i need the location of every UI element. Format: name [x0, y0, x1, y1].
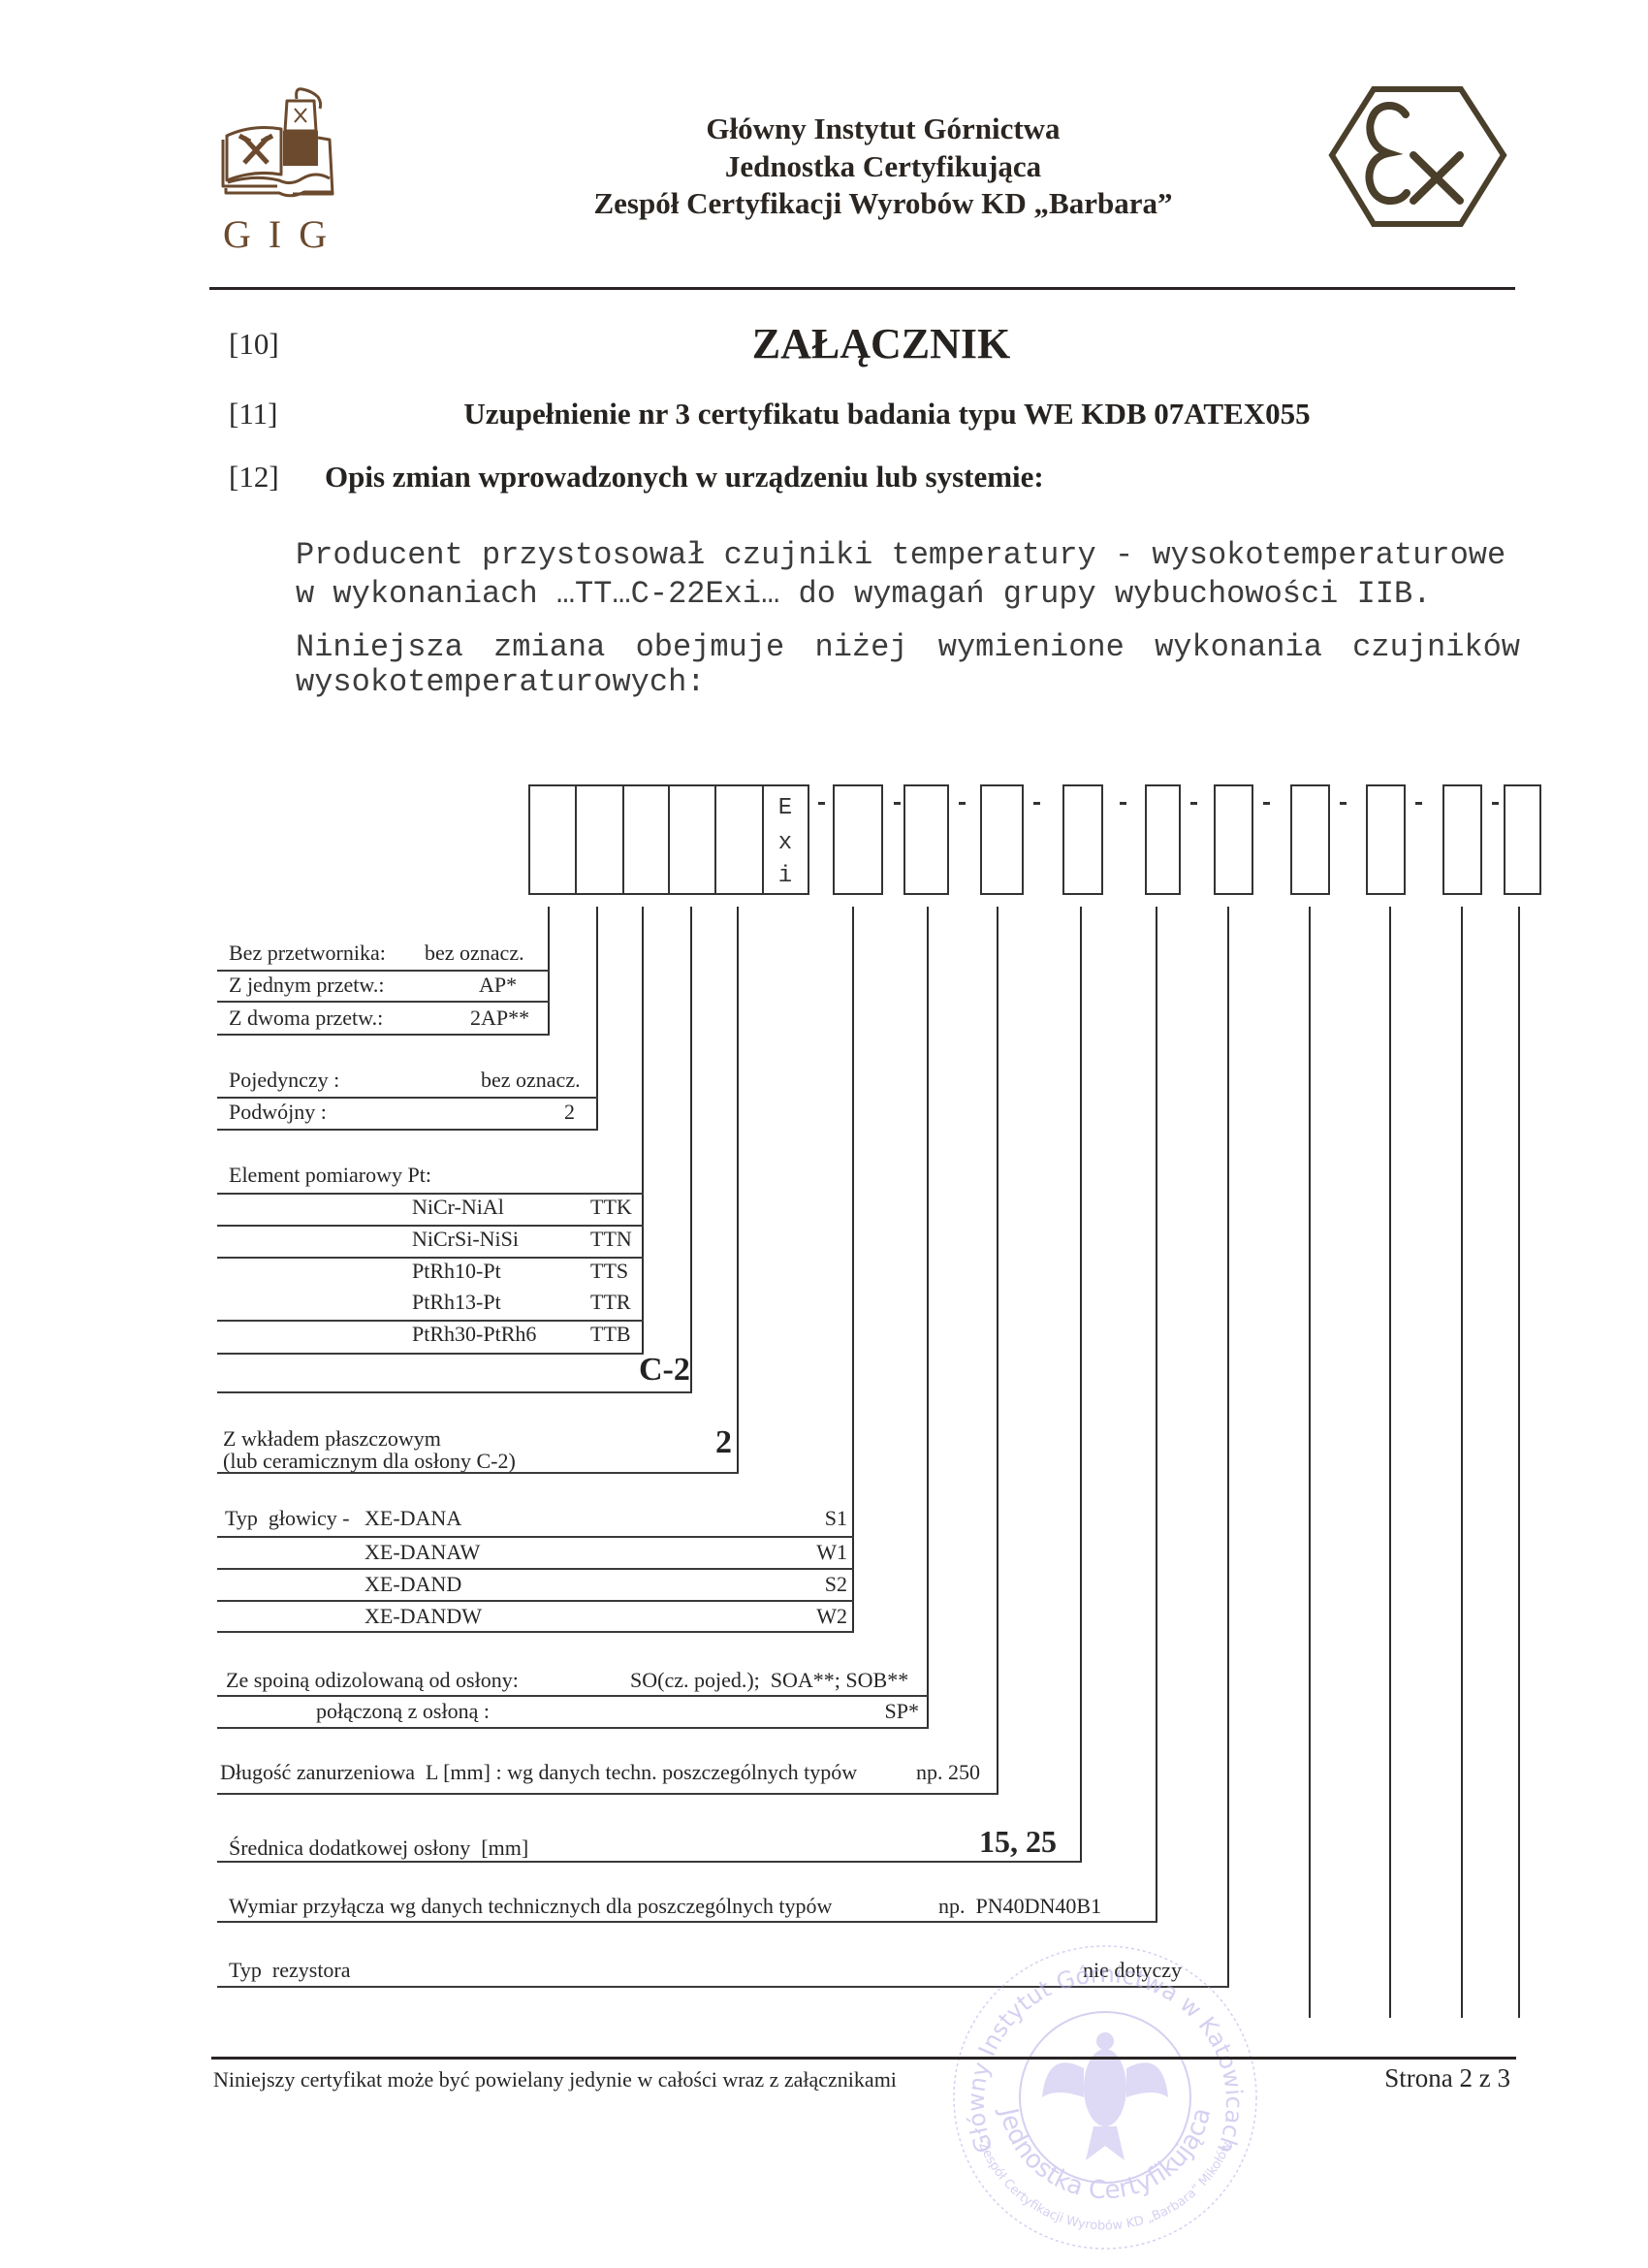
separator-dash: [1190, 802, 1197, 805]
leader-line: [1227, 907, 1229, 1988]
row-rule: [217, 1600, 854, 1602]
row-rule: [217, 1921, 1157, 1923]
separator-dash: [894, 802, 901, 805]
row-code: 2: [564, 1101, 575, 1124]
separator-dash: [818, 802, 825, 805]
row-rule: [217, 1793, 998, 1795]
insert-label: (lub ceramicznym dla osłony C-2): [223, 1450, 516, 1472]
insert-code: 2: [715, 1425, 732, 1460]
leader-line: [852, 907, 854, 1633]
leader-line: [1156, 907, 1157, 1923]
row-code: TTN: [590, 1228, 632, 1251]
row-code: TTB: [590, 1323, 631, 1346]
row-code: AP*: [479, 974, 517, 997]
leader-line: [927, 907, 929, 1729]
code-box: [575, 784, 624, 895]
leader-line: [642, 907, 644, 1355]
immersion-length-label: Długość zanurzeniowa L [mm] : wg danych …: [220, 1761, 857, 1784]
row-rule: [217, 1353, 644, 1355]
immersion-length-code: np. 250: [916, 1761, 980, 1784]
row-code: SP*: [859, 1700, 919, 1723]
sheath-diameter-label: Średnica dodatkowej osłony [mm]: [229, 1837, 528, 1860]
code-box: [1504, 784, 1541, 895]
certificate-page: GIG Główny Instytut Górnictwa Jednostka …: [0, 0, 1648, 2268]
row-name: PtRh13-Pt: [412, 1291, 501, 1314]
leader-line: [1080, 907, 1082, 1863]
description-line: w wykonaniach …TT…C-22Exi… do wymagań gr…: [296, 577, 1431, 612]
leader-line: [1389, 907, 1391, 2018]
row-code: W2: [789, 1605, 847, 1628]
row-name: PtRh30-PtRh6: [412, 1323, 536, 1346]
row-rule: [217, 1001, 550, 1003]
description-line: wysokotemperaturowych:: [296, 665, 705, 700]
row-name: NiCrSi-NiSi: [412, 1228, 519, 1251]
row-rule: [217, 1727, 929, 1729]
row-name: PtRh10-Pt: [412, 1260, 501, 1283]
section-number-10: [10]: [229, 326, 279, 363]
row-label: Podwójny :: [229, 1101, 327, 1124]
row-name: XE-DAND: [364, 1573, 461, 1596]
row-code: W1: [789, 1541, 847, 1564]
row-label: Ze spoiną odizolowaną od osłony:: [226, 1669, 519, 1692]
separator-dash: [959, 802, 966, 805]
insert-label: Z wkładem płaszczowym: [223, 1427, 441, 1450]
header-divider: [209, 287, 1515, 290]
institute-name: Główny Instytut Górnictwa: [495, 111, 1271, 147]
row-label: połączoną z osłoną :: [316, 1700, 490, 1723]
code-box: [1214, 784, 1253, 895]
code-box: [1290, 784, 1330, 895]
leader-line: [1309, 907, 1311, 2018]
row-rule: [217, 1568, 854, 1570]
row-label: Bez przetwornika:: [229, 942, 386, 965]
code-box: [528, 784, 577, 895]
resistor-type-label: Typ rezystora: [229, 1959, 351, 1982]
separator-dash: [1415, 802, 1422, 805]
row-name: XE-DANAW: [364, 1541, 480, 1564]
row-code: TTR: [590, 1291, 631, 1314]
row-code: bez oznacz.: [481, 1069, 581, 1092]
row-rule: [217, 1472, 739, 1474]
code-box: [1145, 784, 1181, 895]
certification-team: Zespół Certyfikacji Wyrobów KD „Barbara”: [495, 185, 1271, 222]
description-line: Niniejsza zmiana obejmuje niżej wymienio…: [296, 630, 1520, 665]
section-number-11: [11]: [229, 396, 278, 432]
leader-line: [1518, 907, 1520, 2018]
row-code: 2AP**: [470, 1006, 529, 1030]
connection-size-label: Wymiar przyłącza wg danych technicznych …: [229, 1895, 832, 1918]
separator-dash: [1340, 802, 1347, 805]
changes-heading: Opis zmian wprowadzonych w urządzeniu lu…: [325, 459, 1044, 495]
row-code: S1: [789, 1507, 847, 1530]
row-code: TTS: [590, 1260, 628, 1283]
code-box: [1366, 784, 1406, 895]
row-rule: [217, 1536, 854, 1538]
row-rule: [217, 1391, 692, 1393]
exi-letter: x: [763, 826, 808, 861]
code-box: [668, 784, 716, 895]
row-rule: [217, 970, 550, 972]
separator-dash: [1033, 802, 1040, 805]
row-code: TTK: [590, 1196, 632, 1219]
row-rule: [217, 1097, 598, 1099]
table-title: Typ głowicy -: [225, 1507, 350, 1530]
row-rule: [217, 1631, 854, 1633]
exi-letter: E: [763, 791, 808, 826]
footer-notice: Niniejszy certyfikat może być powielany …: [213, 2068, 897, 2092]
separator-dash: [1120, 802, 1126, 805]
separator-dash: [1263, 802, 1270, 805]
row-name: XE-DANA: [364, 1507, 461, 1530]
ex-mark-icon: [1318, 82, 1512, 234]
code-box: [1442, 784, 1482, 895]
gig-logo-text: GIG: [223, 213, 344, 256]
separator-dash: [1492, 802, 1499, 805]
description-line: Producent przystosował czujniki temperat…: [296, 538, 1505, 573]
leader-line: [1461, 907, 1463, 2018]
row-name: NiCr-NiAl: [412, 1196, 504, 1219]
code-box: [833, 784, 883, 895]
row-rule: [217, 1861, 1082, 1863]
page-title: ZAŁĄCZNIK: [590, 321, 1172, 367]
row-code: bez oznacz.: [425, 942, 524, 965]
supplement-title: Uzupełnienie nr 3 certyfikatu badania ty…: [402, 396, 1372, 432]
leader-line: [997, 907, 998, 1795]
row-name: XE-DANDW: [364, 1605, 482, 1628]
exi-letter: i: [763, 859, 808, 894]
page-number: Strona 2 z 3: [1316, 2063, 1510, 2092]
section-number-12: [12]: [229, 459, 279, 495]
code-box: [980, 784, 1024, 895]
row-rule: [217, 1695, 929, 1697]
leader-line: [737, 907, 739, 1474]
connection-size-code: np. PN40DN40B1: [938, 1895, 1101, 1918]
sheath-diameter-code: 15, 25: [979, 1825, 1057, 1858]
footer-divider: [211, 2057, 1516, 2060]
row-code: SO(cz. pojed.); SOA**; SOB**: [630, 1669, 908, 1692]
official-stamp-icon: Główny Instytut Górnictwa w Katowicach J…: [950, 1942, 1260, 2252]
row-label: Z dwoma przetw.:: [229, 1006, 383, 1030]
certification-unit: Jednostka Certyfikująca: [495, 148, 1271, 185]
code-box: [1062, 784, 1103, 895]
sheath-code: C-2: [639, 1353, 690, 1388]
code-box: [714, 784, 764, 895]
row-label: Z jednym przetw.:: [229, 974, 384, 997]
table-title: Element pomiarowy Pt:: [229, 1164, 431, 1187]
leader-line: [690, 907, 692, 1393]
row-code: S2: [789, 1573, 847, 1596]
row-rule: [217, 1129, 598, 1131]
row-rule: [217, 1034, 550, 1036]
code-box: [622, 784, 670, 895]
code-box: [903, 784, 949, 895]
row-label: Pojedynczy :: [229, 1069, 339, 1092]
